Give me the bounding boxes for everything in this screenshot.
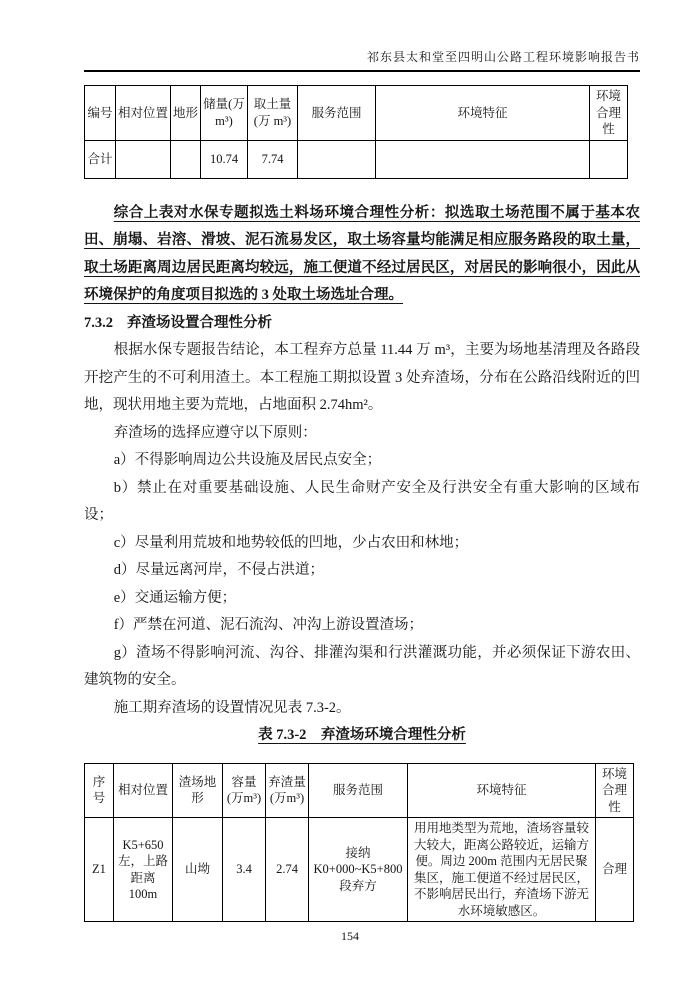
table2-cell-spoil-volume: 2.74 — [266, 818, 309, 922]
section-number: 7.3.2 — [84, 315, 113, 331]
table2-header-feature: 环境特征 — [408, 763, 596, 818]
table2-cell-id: Z1 — [85, 818, 114, 922]
table2-header-row: 序号 相对位置 渣场地形 容量(万m³) 弃渣量(万m³) 服务范围 环境特征 … — [85, 763, 634, 818]
table1-cell — [590, 140, 628, 178]
table1-header-volume: 取土量(万 m³) — [248, 86, 298, 141]
table2-row-z1: Z1 K5+650 左，上路 距离 100m 山坳 3.4 2.74 接纳 K0… — [85, 818, 634, 922]
table1-header-position: 相对位置 — [116, 86, 171, 141]
table2-header-terrain: 渣场地形 — [173, 763, 223, 818]
section-title: 弃渣场设置合理性分析 — [127, 315, 272, 331]
table2-cell-service: 接纳 K0+000~K5+800 段弃方 — [309, 818, 408, 922]
report-header-title: 祁东县太和堂至四明山公路工程环境影响报告书 — [84, 50, 640, 64]
section-heading: 7.3.2弃渣场设置合理性分析 — [84, 310, 640, 338]
table1-total-row: 合计 10.74 7.74 — [85, 140, 628, 178]
table2-cell-terrain: 山坳 — [173, 818, 223, 922]
table1-header-reserve: 储量(万m³) — [201, 86, 248, 141]
header-rule — [84, 70, 640, 72]
table2-cell-capacity: 3.4 — [223, 818, 266, 922]
table1-header-service: 服务范围 — [298, 86, 376, 141]
table2-cell-feature: 用用地类型为荒地，渣场容量较大较大，距离公路较近，运输方便。周边 200m 范围… — [408, 818, 596, 922]
document-page: 祁东县太和堂至四明山公路工程环境影响报告书 编号 相对位置 地形 储量(万m³)… — [0, 0, 700, 990]
borrow-pit-conclusion-paragraph: 综合上表对水保专题拟选土料场环境合理性分析：拟选取土场范围不属于基本农田、崩塌、… — [84, 200, 640, 310]
table1-header-rationality: 环境合理性 — [590, 86, 628, 141]
table1-total-label: 合计 — [85, 140, 116, 178]
table-reference-paragraph: 施工期弃渣场的设置情况见表 7.3-2。 — [84, 695, 640, 723]
principle-item-d: d）尽量远离河岸，不侵占洪道； — [84, 557, 640, 585]
table2-header-capacity: 容量(万m³) — [223, 763, 266, 818]
table1-header-feature: 环境特征 — [376, 86, 590, 141]
table2-header-service: 服务范围 — [309, 763, 408, 818]
principle-item-a: a）不得影响周边公共设施及居民点安全； — [84, 447, 640, 475]
table1-header-terrain: 地形 — [171, 86, 201, 141]
table2-header-spoil-volume: 弃渣量(万m³) — [266, 763, 309, 818]
principle-item-b: b）禁止在对重要基础设施、人民生命财产安全及行洪安全有重大影响的区域布设； — [84, 475, 640, 530]
table1-cell — [376, 140, 590, 178]
table1-total-reserve: 10.74 — [201, 140, 248, 178]
table2-caption-text: 表 7.3-2 弃渣场环境合理性分析 — [258, 727, 466, 743]
table1-total-volume: 7.74 — [248, 140, 298, 178]
page-number: 154 — [0, 929, 700, 944]
table1-header-row: 编号 相对位置 地形 储量(万m³) 取土量(万 m³) 服务范围 环境特征 环… — [85, 86, 628, 141]
table2-header-position: 相对位置 — [114, 763, 173, 818]
principle-item-g: g）渣场不得影响河流、沟谷、排灌沟渠和行洪灌溉功能，并必须保证下游农田、建筑物的… — [84, 640, 640, 695]
table2-cell-rationality: 合理 — [596, 818, 634, 922]
table2-header-rationality: 环境合理性 — [596, 763, 634, 818]
principle-item-e: e）交通运输方便； — [84, 585, 640, 613]
table1-cell — [298, 140, 376, 178]
table2-header-id: 序号 — [85, 763, 114, 818]
table2-caption: 表 7.3-2 弃渣场环境合理性分析 — [84, 722, 640, 750]
table2-cell-position: K5+650 左，上路 距离 100m — [114, 818, 173, 922]
principles-intro-paragraph: 弃渣场的选择应遵守以下原则： — [84, 420, 640, 448]
spoil-ground-analysis-table: 序号 相对位置 渣场地形 容量(万m³) 弃渣量(万m³) 服务范围 环境特征 … — [84, 763, 634, 923]
principle-item-c: c）尽量利用荒坡和地势较低的凹地，少占农田和林地； — [84, 530, 640, 558]
table1-cell — [171, 140, 201, 178]
table1-header-id: 编号 — [85, 86, 116, 141]
borrow-pit-summary-table: 编号 相对位置 地形 储量(万m³) 取土量(万 m³) 服务范围 环境特征 环… — [84, 85, 628, 179]
spoil-overview-paragraph: 根据水保专题报告结论，本工程弃方总量 11.44 万 m³，主要为场地基清理及各… — [84, 337, 640, 420]
table1-cell — [116, 140, 171, 178]
principle-item-f: f）严禁在河道、泥石流沟、冲沟上游设置渣场； — [84, 612, 640, 640]
